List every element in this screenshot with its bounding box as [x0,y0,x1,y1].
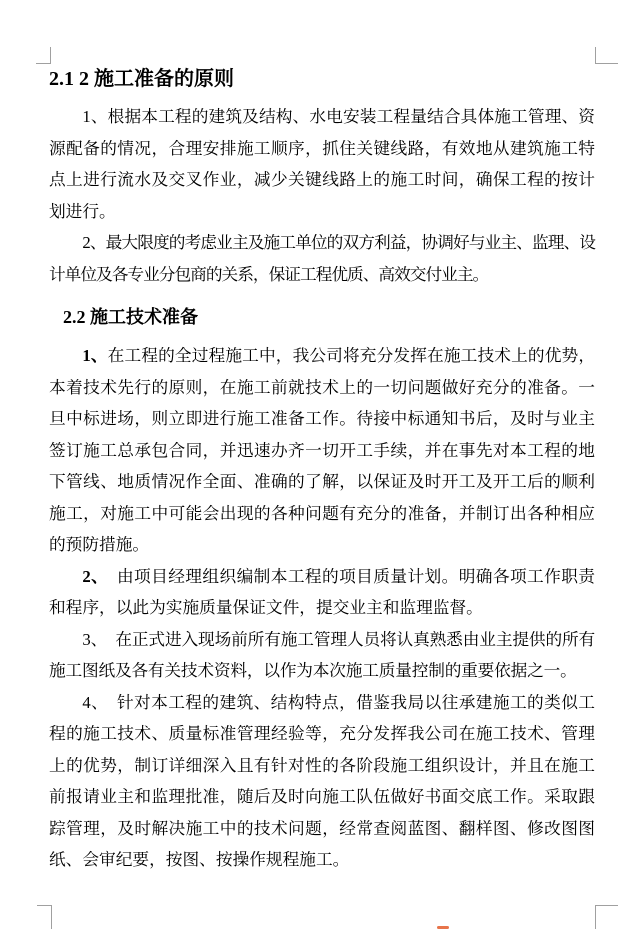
document-page: 2.1 2 施工准备的原则 1、根据本工程的建筑及结构、水电安装工程量结合具体施… [0,0,643,929]
paragraph-owner-interests: 2、最大限度的考虑业主及施工单位的双方利益，协调好与业主、监理、设计单位及各专业… [49,227,595,290]
margin-crop-mark-top-left [36,47,51,64]
paragraph-number-marker: 1、 [82,346,107,365]
paragraph-drawings-review: 3、 在正式进入现场前所有施工管理人员将认真熟悉由业主提供的所有施工图纸及各有关… [49,624,595,687]
paragraph-number-marker: 4、 [82,693,99,712]
paragraph-construction-sequence: 1、根据本工程的建筑及结构、水电安装工程量结合具体施工管理、资源配备的情况，合理… [49,101,595,227]
margin-crop-mark-bottom-right [595,905,618,929]
paragraph-number-marker: 3、 [82,630,98,649]
paragraph-tech-advantage: 1、在工程的全过程施工中，我公司将充分发挥在施工技术上的优势，本着技术先行的原则… [49,340,595,561]
paragraph-text: 针对本工程的建筑、结构特点，借鉴我局以往承建施工的类似工程的施工技术、质量标准管… [49,693,595,870]
paragraph-quality-plan: 2、 由项目经理组织编制本工程的项目质量计划。明确各项工作职责和程序，以此为实施… [49,561,595,624]
paragraph-text: 由项目经理组织编制本工程的项目质量计划。明确各项工作职责和程序，以此为实施质量保… [49,567,595,618]
margin-crop-mark-bottom-left [37,905,52,929]
page-content: 2.1 2 施工准备的原则 1、根据本工程的建筑及结构、水电安装工程量结合具体施… [49,64,595,876]
paragraph-text: 在工程的全过程施工中，我公司将充分发挥在施工技术上的优势，本着技术先行的原则，在… [49,346,595,554]
paragraph-text: 在正式进入现场前所有施工管理人员将认真熟悉由业主提供的所有施工图纸及各有关技术资… [49,630,595,681]
section-heading-2-2: 2.2 施工技术准备 [63,302,595,333]
section-heading-2-1-2: 2.1 2 施工准备的原则 [49,64,595,94]
paragraph-number-marker: 2、 [82,567,99,586]
paragraph-experience-management: 4、 针对本工程的建筑、结构特点，借鉴我局以往承建施工的类似工程的施工技术、质量… [49,687,595,876]
margin-crop-mark-top-right [595,47,618,64]
